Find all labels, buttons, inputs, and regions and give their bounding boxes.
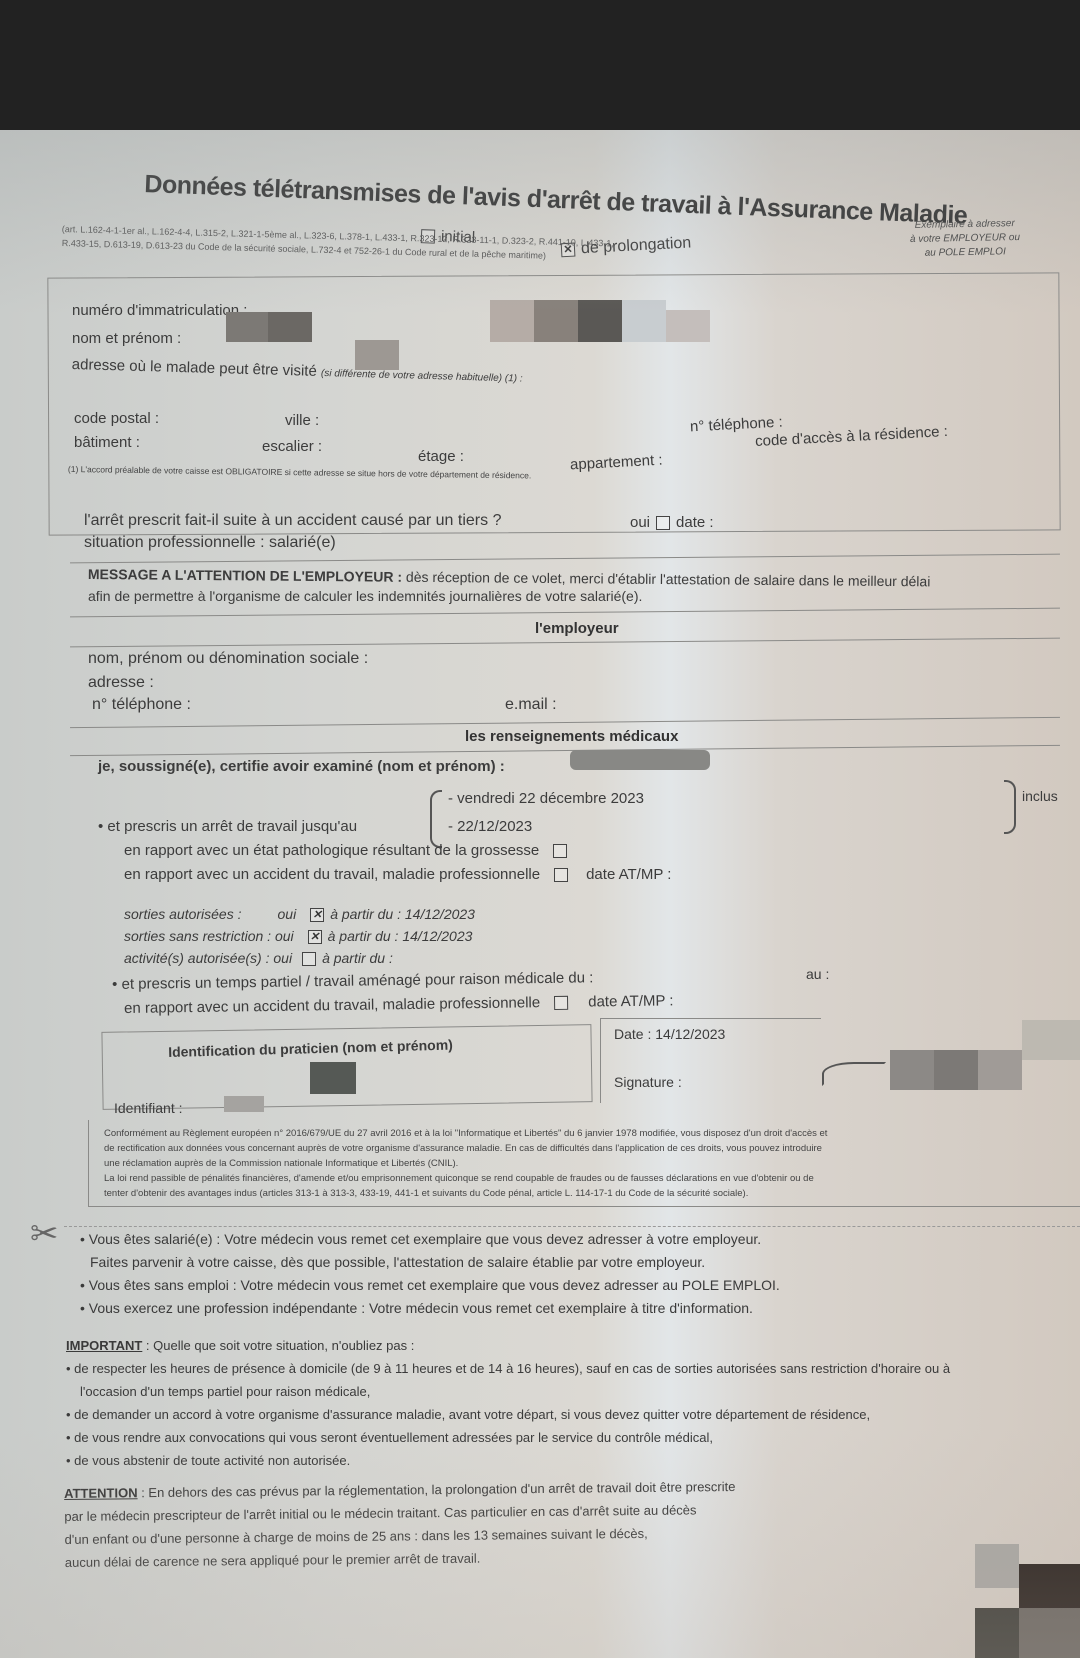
inclusive-label: inclus (1022, 788, 1058, 804)
redacted-block (310, 1062, 356, 1094)
part-time-accident-row: en rapport avec un accident du travail, … (124, 992, 674, 1017)
important-rule1-line2: l'occasion d'un temps partiel pour raiso… (66, 1380, 950, 1403)
stairs-label: escalier : (262, 438, 322, 455)
pregnancy-label: en rapport avec un état pathologique rés… (124, 842, 539, 859)
attention-block: ATTENTION : En dehors des cas prévus par… (64, 1475, 736, 1574)
third-party-checkbox (656, 516, 670, 530)
signature-scribble (822, 1062, 886, 1086)
activity-label: activité(s) autorisée(s) : oui (124, 950, 292, 966)
employer-name-label: nom, prénom ou dénomination sociale : (88, 650, 368, 668)
important-rule1-line1: • de respecter les heures de présence à … (66, 1357, 950, 1380)
outings-from: à partir du : 14/12/2023 (330, 906, 475, 922)
certify-label: je, soussigné(e), certifie avoir examiné… (98, 758, 505, 775)
work-accident-row: en rapport avec un accident du travail, … (124, 866, 671, 883)
important-block: IMPORTANT : Quelle que soit votre situat… (66, 1334, 950, 1472)
end-date-short: - 22/12/2023 (448, 818, 532, 835)
activity-from: à partir du : (322, 950, 393, 966)
part-time-accident-checkbox (554, 996, 568, 1010)
end-date-long: - vendredi 22 décembre 2023 (448, 790, 644, 807)
pregnancy-checkbox (553, 844, 567, 858)
pregnancy-row: en rapport avec un état pathologique rés… (124, 842, 573, 859)
instruction-employee-line2: Faites parvenir à votre caisse, dès que … (80, 1251, 780, 1274)
divider (70, 638, 1060, 648)
outings-yes-label: oui (278, 906, 297, 922)
activity-row: activité(s) autorisée(s) : ouià partir d… (124, 950, 393, 966)
divider (70, 745, 1060, 756)
medical-section-title: les renseignements médicaux (465, 728, 678, 745)
attention-heading: ATTENTION (64, 1485, 138, 1501)
work-accident-label: en rapport avec un accident du travail, … (124, 866, 540, 883)
employer-phone-label: n° téléphone : (92, 696, 191, 714)
unrestricted-from: à partir du : 14/12/2023 (328, 928, 473, 944)
instruction-unemployed: • Vous êtes sans emploi : Votre médecin … (80, 1274, 780, 1297)
divider (70, 608, 1060, 618)
instructions: • Vous êtes salarié(e) : Votre médecin v… (80, 1228, 780, 1320)
redacted-block (978, 1050, 1022, 1090)
important-rule2: • de demander un accord à votre organism… (66, 1403, 950, 1426)
employer-section-title: l'employeur (535, 620, 619, 637)
redacted-block (934, 1050, 978, 1090)
redacted-block (268, 312, 312, 342)
employer-message-heading: MESSAGE A L'ATTENTION DE L'EMPLOYEUR : (88, 566, 402, 585)
part-time-label: • et prescris un temps partiel / travail… (112, 969, 594, 993)
redacted-block (666, 310, 710, 342)
outings-label: sorties autorisées : (124, 906, 242, 922)
document-photo: Données télétransmises de l'avis d'arrêt… (0, 130, 1080, 1658)
third-party-yes-label: oui (630, 514, 650, 531)
redacted-block (490, 300, 534, 342)
redacted-block (1019, 1564, 1080, 1608)
professional-situation: situation professionnelle : salarié(e) (84, 534, 336, 552)
scissors-icon: ✂ (30, 1214, 59, 1254)
privacy-box (88, 1120, 1080, 1207)
copy-note: Exemplaire à adresser à votre EMPLOYEUR … (865, 216, 1066, 261)
practitioner-identifier-label: Identifiant : (114, 1100, 183, 1116)
employer-message: MESSAGE A L'ATTENTION DE L'EMPLOYEUR : d… (88, 566, 931, 589)
unrestricted-checkbox: ✕ (308, 930, 322, 944)
important-rule4: • de vous abstenir de toute activité non… (66, 1449, 950, 1472)
redacted-block (578, 300, 622, 342)
divider (70, 717, 1060, 728)
document-title: Données télétransmises de l'avis d'arrêt… (144, 170, 968, 231)
outings-checkbox: ✕ (310, 908, 324, 922)
city-label: ville : (285, 412, 319, 429)
employer-address-label: adresse : (88, 674, 154, 692)
redacted-block (226, 312, 268, 342)
activity-checkbox (302, 952, 316, 966)
part-time-to-label: au : (806, 966, 829, 982)
redacted-block (890, 1050, 934, 1090)
bracket-right (1004, 780, 1016, 834)
copy-note-line3: au POLE EMPLOI (865, 244, 1065, 261)
redacted-block (1019, 1608, 1080, 1658)
redacted-block (224, 1096, 264, 1112)
part-time-at-mp-label: date AT/MP : (588, 992, 674, 1010)
signature-label: Signature : (614, 1074, 682, 1090)
divider (70, 554, 1060, 564)
redacted-block (534, 300, 578, 342)
unrestricted-row: sorties sans restriction : oui✕à partir … (124, 928, 472, 944)
cut-line (64, 1226, 1080, 1227)
work-accident-checkbox (554, 868, 568, 882)
redacted-block (1022, 1020, 1080, 1060)
employer-message-line1: dès réception de ce volet, merci d'établ… (406, 569, 931, 590)
third-party-date-label: date : (676, 514, 714, 531)
redacted-block (622, 300, 666, 342)
important-intro: IMPORTANT : Quelle que soit votre situat… (66, 1334, 950, 1357)
immatriculation-label: numéro d'immatriculation : (72, 302, 247, 319)
employer-message-line2: afin de permettre à l'organisme de calcu… (88, 588, 642, 604)
employer-email-label: e.mail : (505, 696, 557, 714)
building-label: bâtiment : (74, 434, 140, 451)
postal-code-label: code postal : (74, 410, 159, 427)
third-party-option: ouidate : (630, 514, 714, 531)
redacted-block (570, 750, 710, 770)
patient-name-label: nom et prénom : (72, 330, 181, 347)
outings-row: sorties autorisées :oui✕à partir du : 14… (124, 906, 475, 922)
unrestricted-label: sorties sans restriction : oui (124, 928, 294, 944)
part-time-accident-label: en rapport avec un accident du travail, … (124, 994, 540, 1017)
practitioner-date: Date : 14/12/2023 (614, 1026, 725, 1042)
important-heading: IMPORTANT (66, 1338, 142, 1353)
prescribe-label: • et prescris un arrêt de travail jusqu'… (98, 818, 357, 835)
instruction-employee-line1: • Vous êtes salarié(e) : Votre médecin v… (80, 1228, 780, 1251)
important-intro-text: : Quelle que soit votre situation, n'oub… (142, 1338, 414, 1353)
redacted-block (355, 340, 399, 370)
instruction-independent: • Vous exercez une profession indépendan… (80, 1297, 780, 1320)
floor-label: étage : (418, 448, 464, 465)
top-dark-bar (0, 0, 1080, 130)
attention-line1-text: : En dehors des cas prévus par la réglem… (137, 1479, 735, 1500)
at-mp-date-label: date AT/MP : (586, 866, 671, 883)
important-rule3: • de vous rendre aux convocations qui vo… (66, 1426, 950, 1449)
redacted-block (975, 1544, 1019, 1588)
third-party-question: l'arrêt prescrit fait-il suite à un acci… (84, 512, 501, 530)
redacted-block (975, 1608, 1019, 1658)
bracket-left (430, 790, 442, 848)
